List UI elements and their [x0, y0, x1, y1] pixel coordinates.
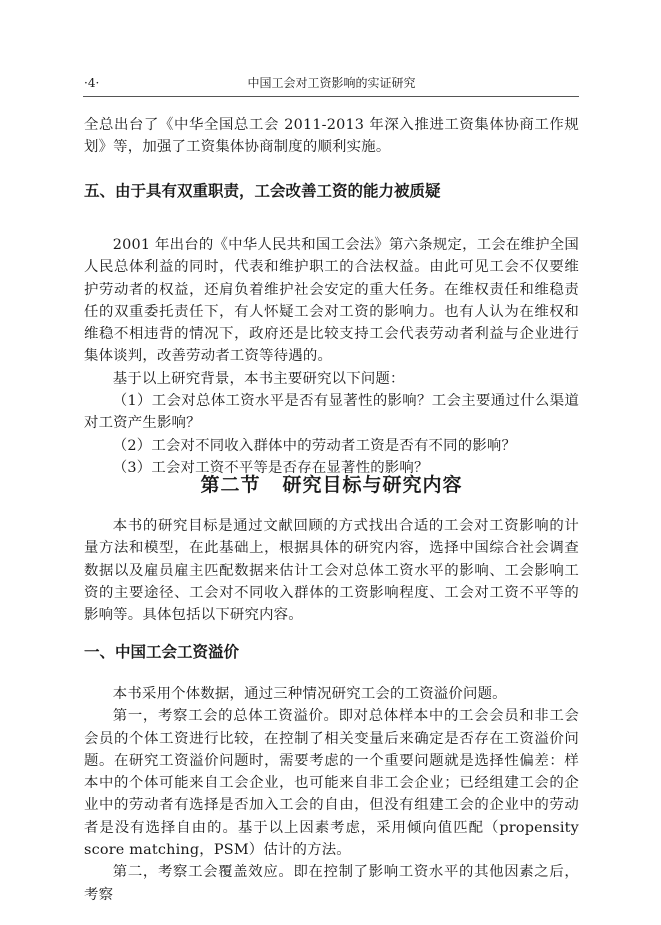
paragraph: 全总出台了《中华全国总工会 2011-2013 年深入推进工资集体协商工作规划》…: [84, 114, 579, 159]
chapter-heading: 第二节研究目标与研究内容: [84, 472, 579, 498]
chapter-title: 第二节研究目标与研究内容: [84, 472, 579, 498]
section-heading: 一、中国工会工资溢价: [84, 641, 579, 663]
section-heading-1: 一、中国工会工资溢价: [84, 641, 579, 663]
wage-premium-paragraphs: 本书采用个体数据，通过三种情况研究工会的工资溢价问题。 第一，考察工会的总体工资…: [84, 683, 579, 906]
running-header: ·4· 中国工会对工资影响的实证研究: [84, 73, 579, 93]
paragraph: 基于以上研究背景，本书主要研究以下问题：: [84, 368, 579, 390]
research-question-2: （2）工会对不同收入群体中的劳动者工资是否有不同的影响？: [84, 435, 579, 457]
background-paragraphs: 2001 年出台的《中华人民共和国工会法》第六条规定，工会在维护全国人民总体利益…: [84, 234, 579, 479]
objectives-paragraph: 本书的研究目标是通过文献回顾的方式找出合适的工会对工资影响的计量方法和模型，在此…: [84, 515, 579, 626]
section-heading: 五、由于具有双重职责，工会改善工资的能力被质疑: [84, 180, 579, 202]
chapter-name: 研究目标与研究内容: [283, 474, 463, 496]
chapter-number: 第二节: [200, 474, 260, 496]
section-heading-5: 五、由于具有双重职责，工会改善工资的能力被质疑: [84, 180, 579, 202]
research-question-1: （1）工会对总体工资水平是否有显著性的影响？工会主要通过什么渠道对工资产生影响？: [84, 390, 579, 435]
paragraph: 本书采用个体数据，通过三种情况研究工会的工资溢价问题。: [84, 683, 579, 705]
paragraph: 本书的研究目标是通过文献回顾的方式找出合适的工会对工资影响的计量方法和模型，在此…: [84, 515, 579, 626]
paragraph: 第二，考察工会覆盖效应。即在控制了影响工资水平的其他因素之后，考察: [84, 861, 579, 906]
paragraph: 第一，考察工会的总体工资溢价。即对总体样本中的工会会员和非工会会员的个体工资进行…: [84, 705, 579, 861]
header-rule: [83, 96, 579, 97]
running-header-title: 中国工会对工资影响的实证研究: [84, 73, 579, 93]
paragraph: 2001 年出台的《中华人民共和国工会法》第六条规定，工会在维护全国人民总体利益…: [84, 234, 579, 368]
paragraph-continuation: 全总出台了《中华全国总工会 2011-2013 年深入推进工资集体协商工作规划》…: [84, 114, 579, 159]
